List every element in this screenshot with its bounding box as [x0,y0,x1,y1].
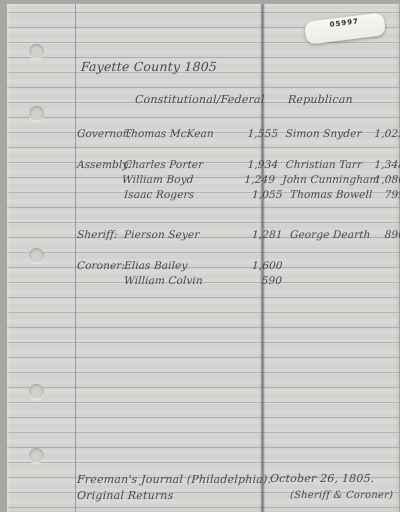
result-row-sheriff: Sheriff: Pierson Seyer 1,281 George Dear… [77,229,400,242]
candidate-name: Thomas McKean [124,128,248,141]
result-row-assembly-2: William Boyd 1,249 John Cunningham 1,080 [77,174,400,187]
office-label: Coroner: [77,260,125,273]
vote-count: 1,080 [374,174,400,187]
punch-hole [29,448,44,463]
column-header-constitutional-federal: Constitutional/Federal [135,93,265,106]
office-label [77,174,123,187]
ruled-paper: 05997 Fayette County 1805 Constitutional… [7,4,399,512]
vote-count: 1,348 [374,159,400,172]
source-citation-line-1: Freeman's Journal (Philadelphia). [77,473,272,486]
source-date-note: (Sheriff & Coroner) [290,489,394,502]
candidate-name: Charles Porter [124,159,248,172]
scanned-document-page: 05997 Fayette County 1805 Constitutional… [0,0,400,512]
result-row-assembly-1: Assembly: Charles Porter 1,934 Christian… [77,159,400,172]
result-row-governor: Governor: Thomas McKean 1,555 Simon Snyd… [77,128,400,141]
candidate-name: George Dearth [290,229,383,242]
column-header-republican: Republican [288,93,353,106]
source-date: October 26, 1805. [270,472,375,485]
candidate-name: Pierson Seyer [124,229,253,242]
vote-count: 1,600 [252,260,283,273]
punch-hole [29,384,44,399]
vote-count: 1,555 [247,128,278,141]
punch-hole [29,248,44,263]
catalog-number: 05997 [304,14,384,32]
vote-count: 590 [252,275,283,288]
vote-count [382,260,400,273]
vote-count: 1,249 [244,174,275,187]
candidate-name: Elias Bailey [124,260,253,273]
center-fold-crease [260,4,265,512]
page-title: Fayette County 1805 [81,60,218,73]
candidate-name: William Boyd [122,174,245,187]
candidate-name: Christian Tarr [285,159,375,172]
candidate-name: John Cunningham [282,174,375,187]
punch-hole [29,106,44,121]
vote-count: 1,934 [247,159,278,172]
punch-hole [29,44,44,59]
candidate-name: Simon Snyder [285,128,375,141]
result-row-assembly-3: Isaac Rogers 1,055 Thomas Bowell 799 [77,189,400,202]
vote-count: 890 [382,229,400,242]
candidate-name: William Colvin [124,275,253,288]
office-label: Governor: [77,128,125,141]
margin-rule-line [75,4,76,512]
vote-count [382,275,400,288]
vote-count: 1,281 [252,229,283,242]
vote-count: 799 [382,189,400,202]
vote-count: 1,025 [374,128,400,141]
vote-count: 1,055 [252,189,283,202]
office-label [77,275,125,288]
office-label: Assembly: [77,159,125,172]
source-citation-line-2: Original Returns [77,489,174,502]
candidate-name: Thomas Bowell [290,189,383,202]
candidate-name [290,260,383,273]
catalog-sticker: 05997 [304,12,386,45]
result-row-coroner-1: Coroner: Elias Bailey 1,600 [77,260,400,273]
office-label [77,189,125,202]
candidate-name: Isaac Rogers [124,189,253,202]
office-label: Sheriff: [77,229,125,242]
candidate-name [290,275,383,288]
result-row-coroner-2: William Colvin 590 [77,275,400,288]
